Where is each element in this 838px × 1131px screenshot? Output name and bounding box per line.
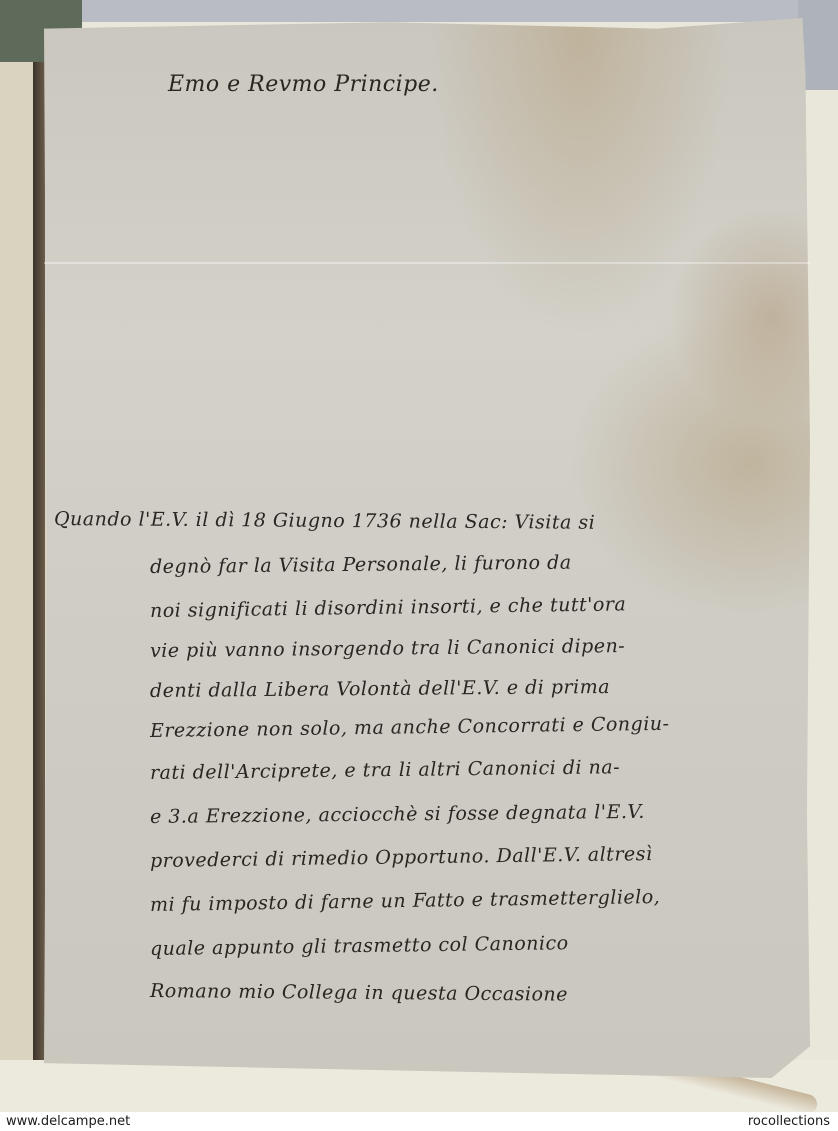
watermark-seller: rocollections: [748, 1114, 830, 1129]
manuscript-line-2: degnò far la Visita Personale, li furono…: [150, 552, 572, 578]
paper-shadow: [33, 62, 45, 1072]
background-surface: [82, 0, 838, 22]
manuscript-line-5: denti dalla Libera Volontà dell'E.V. e d…: [150, 676, 610, 702]
manuscript-line-1: Quando l'E.V. il dì 18 Giugno 1736 nella…: [54, 508, 595, 534]
manuscript-line-12: Romano mio Collega in questa Occasione: [150, 980, 568, 1006]
manuscript-page: [44, 18, 810, 1078]
paper-fold-line: [44, 262, 810, 264]
watermark-bar: www.delcampe.net rocollections: [0, 1112, 838, 1131]
salutation: Emo e Revmo Principe.: [168, 72, 439, 97]
watermark-site: www.delcampe.net: [6, 1114, 130, 1129]
